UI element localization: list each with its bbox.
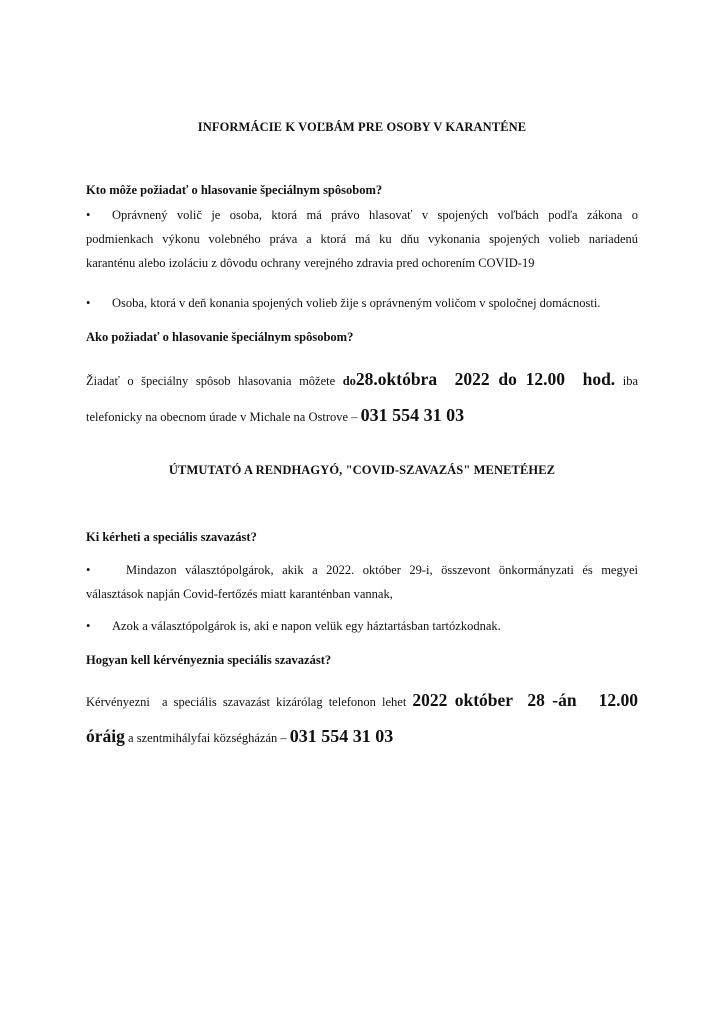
- hu-question-who: Ki kérheti a speciális szavazást?: [86, 530, 257, 545]
- hu-deadline: 2022 október 28 -án 12.00: [412, 690, 638, 710]
- hu-question-how: Hogyan kell kérvényeznia speciális szava…: [86, 653, 331, 668]
- sk-phone-number: 031 554 31 03: [361, 405, 465, 425]
- bullet-icon: •: [86, 614, 112, 638]
- sk-bullet-1: •Oprávnený volič je osoba, ktorá má práv…: [86, 203, 638, 275]
- sk-question-who: Kto môže požiadať o hlasovanie špeciálny…: [86, 183, 382, 198]
- hu-answer: Kérvényezni a speciális szavazást kizáró…: [86, 683, 638, 755]
- sk-question-how: Ako požiadať o hlasovanie špeciálnym spô…: [86, 330, 353, 345]
- bullet-icon: •: [86, 203, 112, 227]
- hu-bullet-1: •Mindazon választópolgárok, akik a 2022.…: [86, 558, 638, 606]
- hu-phone-number: 031 554 31 03: [290, 726, 394, 746]
- bullet-icon: •: [86, 558, 126, 582]
- sk-answer: Žiadať o špeciálny spôsob hlasovania môž…: [86, 362, 638, 434]
- sk-bullet-2: •Osoba, ktorá v deň konania spojených vo…: [86, 291, 638, 315]
- bullet-icon: •: [86, 291, 112, 315]
- hu-title: ÚTMUTATÓ A RENDHAGYÓ, "COVID-SZAVAZÁS" M…: [0, 463, 724, 478]
- sk-deadline: 28.októbra 2022 do 12.00 hod.: [356, 369, 615, 389]
- sk-title: INFORMÁCIE K VOĽBÁM PRE OSOBY V KARANTÉN…: [0, 120, 724, 135]
- hu-bullet-2: •Azok a választópolgárok is, aki e napon…: [86, 614, 638, 638]
